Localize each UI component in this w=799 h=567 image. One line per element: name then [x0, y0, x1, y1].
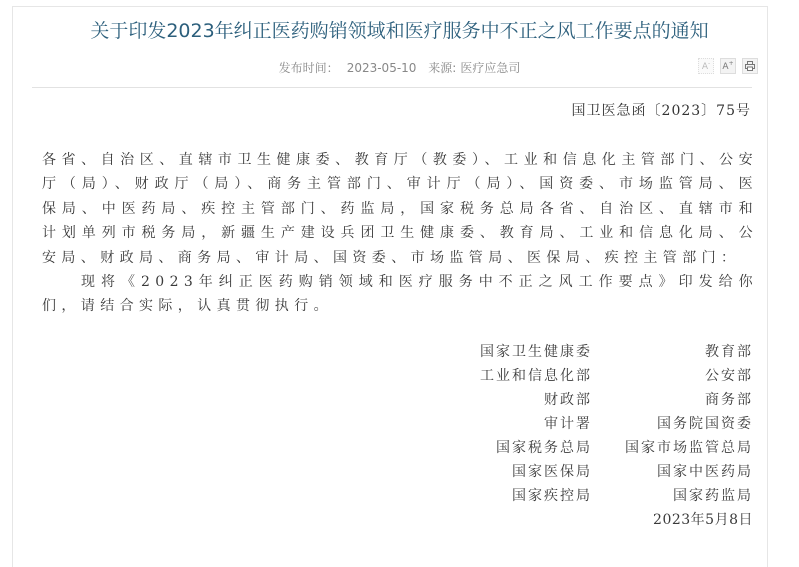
signatories-block: 国家卫生健康委 教育部 工业和信息化部 公安部 财政部 商务部 审计署 国务院国… [470, 340, 753, 532]
document-date: 2023年5月8日 [470, 508, 753, 532]
publish-date-label: 发布时间： [279, 61, 339, 75]
publish-date: 2023-05-10 [347, 61, 417, 75]
signatory-right: 国家药监局 [592, 484, 753, 508]
signatory-row: 国家卫生健康委 教育部 [470, 340, 753, 364]
source-value: 医疗应急司 [460, 61, 520, 75]
signatory-left: 国家卫生健康委 [470, 340, 592, 364]
article-body: 各省、自治区、直辖市卫生健康委、教育厅（教委）、工业和信息化主管部门、公安厅（局… [42, 148, 758, 319]
signatory-left: 国家医保局 [470, 460, 592, 484]
font-decrease-icon: A- [702, 61, 710, 72]
header-divider [32, 87, 752, 88]
signatory-left: 审计署 [470, 412, 592, 436]
signatory-row: 国家税务总局 国家市场监管总局 [470, 436, 753, 460]
font-increase-icon: A+ [722, 61, 733, 72]
signatory-right: 国家市场监管总局 [592, 436, 753, 460]
signatory-left: 国家疾控局 [470, 484, 592, 508]
signatory-row: 国家疾控局 国家药监局 [470, 484, 753, 508]
signatory-left: 国家税务总局 [470, 436, 592, 460]
font-decrease-button[interactable]: A- [698, 58, 714, 74]
signatory-right: 公安部 [592, 364, 753, 388]
print-button[interactable] [742, 58, 758, 74]
signatory-right: 商务部 [592, 388, 753, 412]
font-increase-button[interactable]: A+ [720, 58, 736, 74]
signatory-row: 审计署 国务院国资委 [470, 412, 753, 436]
signatory-row: 工业和信息化部 公安部 [470, 364, 753, 388]
signatory-left: 财政部 [470, 388, 592, 412]
signatory-row: 国家医保局 国家中医药局 [470, 460, 753, 484]
source-label: 来源: [428, 61, 456, 75]
signatory-right: 国家中医药局 [592, 460, 753, 484]
article-toolbar: A- A+ [698, 58, 758, 74]
article-title: 关于印发2023年纠正医药购销领域和医疗服务中不正之风工作要点的通知 [0, 16, 799, 43]
signatory-right: 教育部 [592, 340, 753, 364]
signatory-left: 工业和信息化部 [470, 364, 592, 388]
body-paragraph: 现将《2023年纠正医药购销领域和医疗服务中不正之风工作要点》印发给你们，请结合… [42, 270, 758, 319]
article-meta: 发布时间：2023-05-10 来源:医疗应急司 [0, 59, 799, 76]
addressees-paragraph: 各省、自治区、直辖市卫生健康委、教育厅（教委）、工业和信息化主管部门、公安厅（局… [42, 148, 758, 270]
signatory-right: 国务院国资委 [592, 412, 753, 436]
signatory-row: 财政部 商务部 [470, 388, 753, 412]
print-icon [745, 61, 755, 71]
document-number: 国卫医急函〔2023〕75号 [572, 100, 751, 120]
